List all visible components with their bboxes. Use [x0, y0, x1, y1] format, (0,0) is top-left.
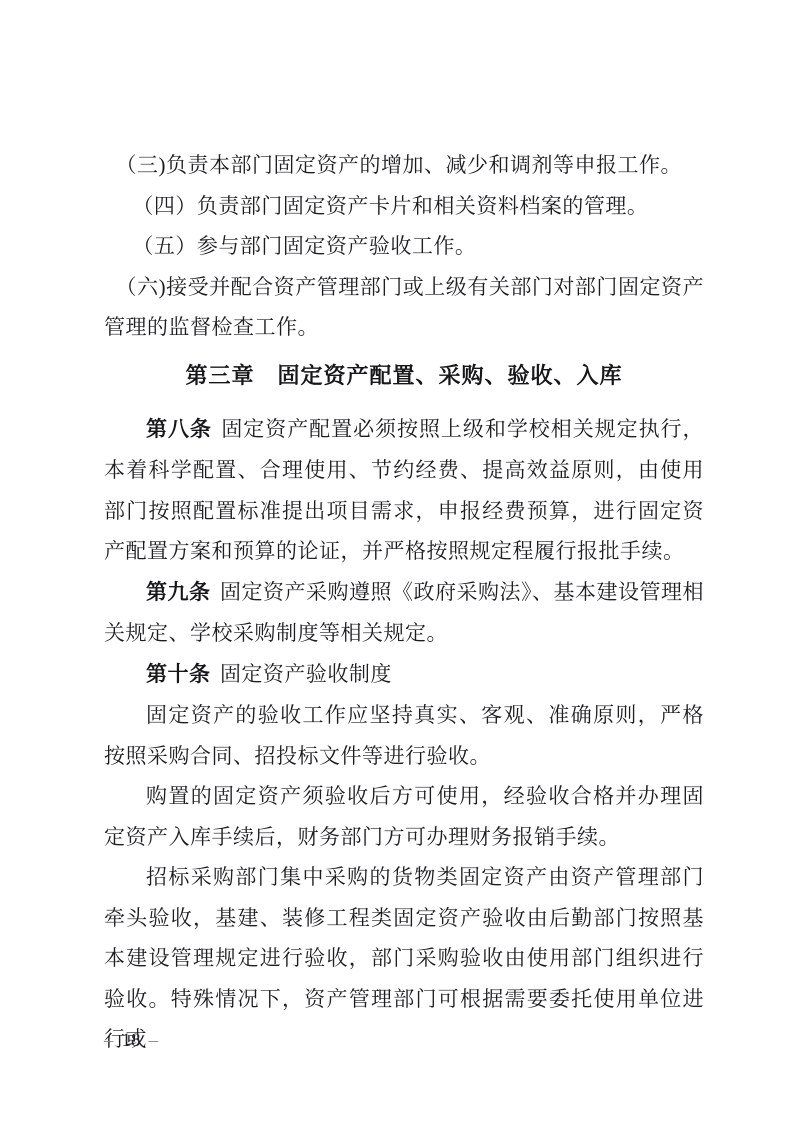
article-9-label: 第九条: [146, 581, 211, 604]
document-page: （三)负责本部门固定资产的增加、减少和调剂等申报工作。 （四）负责部门固定资产卡…: [0, 0, 794, 1123]
list-item-six: （六)接受并配合资产管理部门或上级有关部门对部门固定资产管理的监督检查工作。: [104, 267, 704, 348]
page-number-dash-right: –: [149, 1030, 159, 1052]
article-10-paragraph: 第十条固定资产验收制度: [104, 654, 704, 696]
page-footer: – 18 –: [104, 1030, 158, 1052]
list-item-four: （四）负责部门固定资产卡片和相关资料档案的管理。: [104, 186, 704, 227]
page-number: 18: [122, 1030, 141, 1052]
article-9-paragraph: 第九条固定资产采购遵照《政府采购法》、基本建设管理相关规定、学校采购制度等相关规…: [104, 572, 704, 654]
paragraph-acceptance-responsibility: 招标采购部门集中采购的货物类固定资产由资产管理部门牵头验收，基建、装修工程类固定…: [104, 857, 704, 1060]
page-number-dash-left: –: [104, 1030, 114, 1052]
paragraph-use-after-acceptance: 购置的固定资产须验收后方可使用，经验收合格并办理固定资产入库手续后，财务部门方可…: [104, 776, 704, 857]
document-content: （三)负责本部门固定资产的增加、减少和调剂等申报工作。 （四）负责部门固定资产卡…: [104, 145, 704, 1060]
chapter-heading: 第三章 固定资产配置、采购、验收、入库: [104, 354, 704, 397]
article-8-paragraph: 第八条固定资产配置必须按照上级和学校相关规定执行，本着科学配置、合理使用、节约经…: [104, 409, 704, 572]
list-item-five: （五）参与部门固定资产验收工作。: [104, 226, 704, 267]
paragraph-acceptance-principles: 固定资产的验收工作应坚持真实、客观、准确原则，严格按照采购合同、招投标文件等进行…: [104, 695, 704, 776]
article-10-label: 第十条: [146, 663, 211, 686]
article-8-label: 第八条: [146, 418, 212, 441]
list-item-three: （三)负责本部门固定资产的增加、减少和调剂等申报工作。: [104, 145, 704, 186]
article-10-text: 固定资产验收制度: [220, 662, 392, 686]
